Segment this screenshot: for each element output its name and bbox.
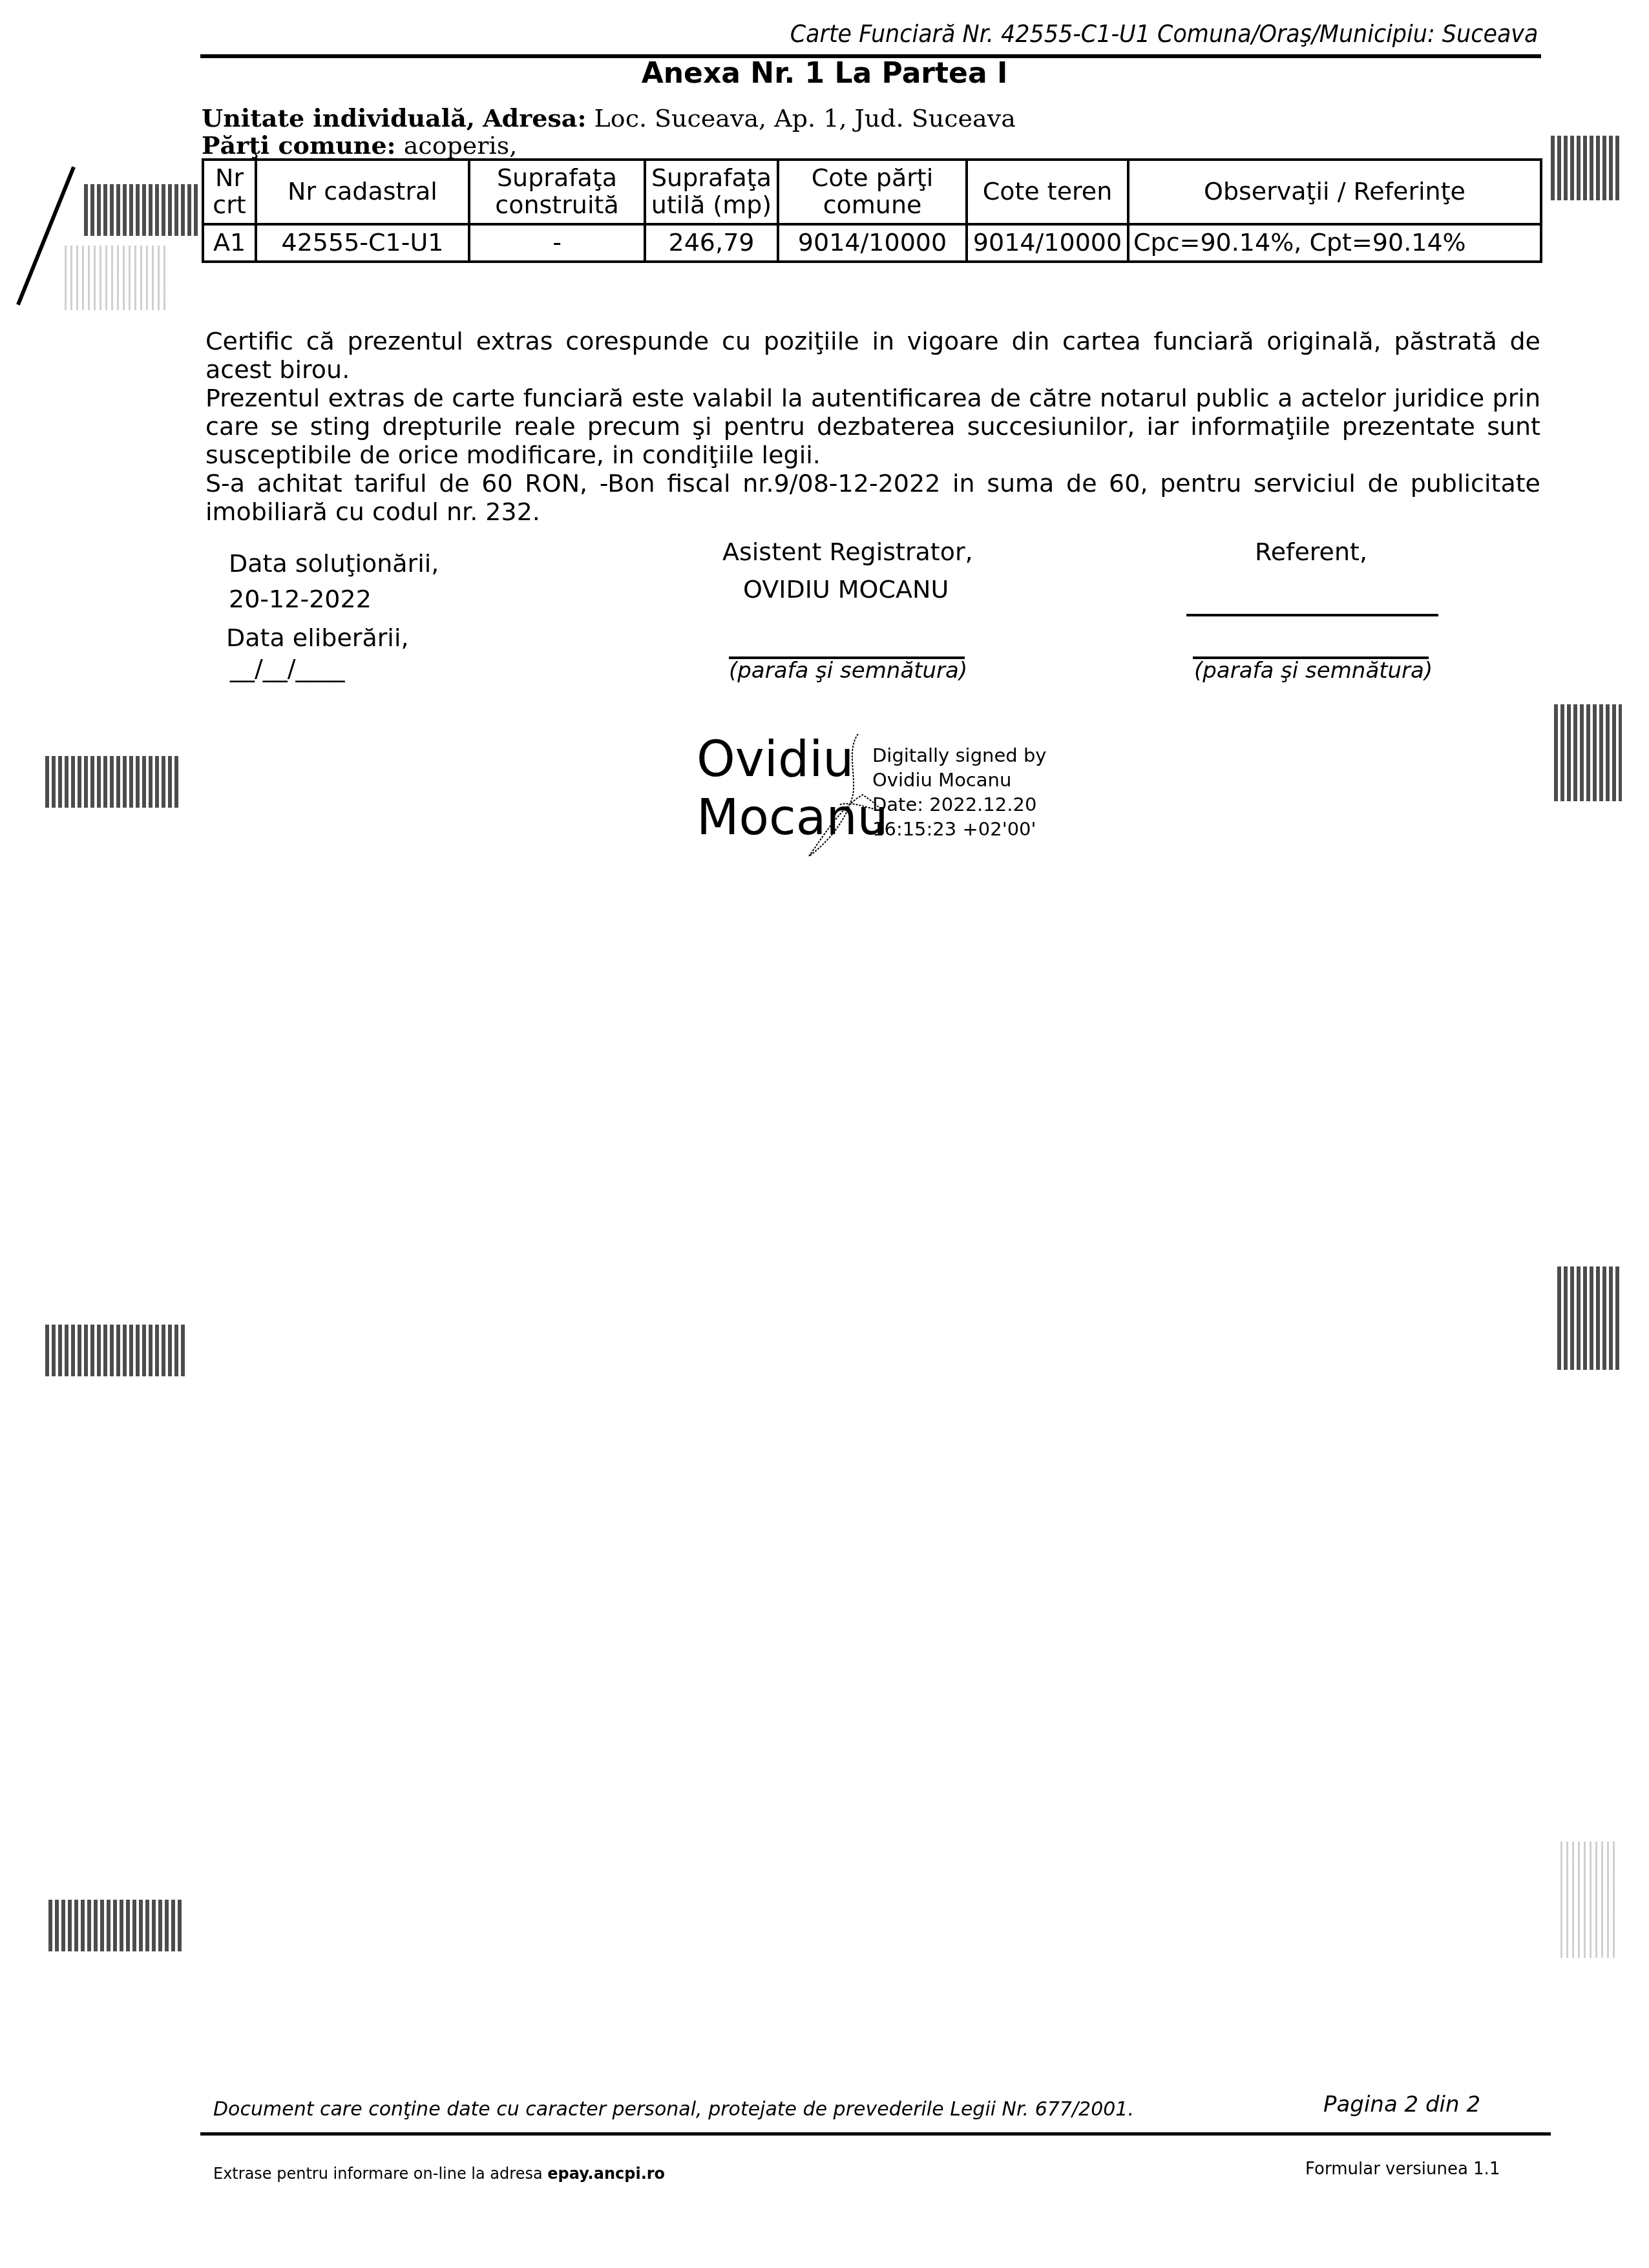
common-parts-label: Părţi comune: xyxy=(202,131,396,160)
table-cell: 42555-C1-U1 xyxy=(256,224,469,262)
registrar-label: Asistent Registrator, xyxy=(722,538,973,566)
common-parts-line: Părţi comune: acoperis, xyxy=(202,131,517,160)
payment-paragraph: S-a achitat tariful de 60 RON, -Bon fisc… xyxy=(205,469,1540,526)
referent-label: Referent, xyxy=(1255,538,1367,566)
address-label: Adresa: xyxy=(483,103,586,132)
extract-note: Extrase pentru informare on-line la adre… xyxy=(213,2165,665,2183)
validity-paragraph: Prezentul extras de carte funciară este … xyxy=(205,384,1540,469)
scan-artifact xyxy=(1557,1266,1622,1370)
digital-signature-info: Digitally signed by Ovidiu Mocanu Date: … xyxy=(872,743,1046,841)
scan-artifact xyxy=(65,246,168,310)
digital-signature-line: 16:15:23 +02'00' xyxy=(872,817,1046,841)
table-cell: - xyxy=(469,224,645,262)
certification-paragraph: Certific că prezentul extras corespunde … xyxy=(205,327,1540,384)
solution-date-label: Data soluţionării, xyxy=(229,549,439,578)
form-version: Formular versiunea 1.1 xyxy=(1305,2159,1500,2179)
scan-artifact xyxy=(48,1900,184,1951)
scan-artifact xyxy=(1560,1842,1619,1958)
unit-table: Nr crt Nr cadastral Suprafaţa construită… xyxy=(202,158,1542,263)
scan-artifact xyxy=(45,756,181,808)
address-value: Loc. Suceava, Ap. 1, Jud. Suceava xyxy=(594,104,1016,132)
referent-line xyxy=(1186,614,1438,616)
column-header: Observaţii / Referinţe xyxy=(1128,160,1541,224)
table-row: A1 42555-C1-U1 - 246,79 9014/10000 9014/… xyxy=(203,224,1541,262)
column-header: Suprafaţa construită xyxy=(469,160,645,224)
column-header: Cote părţi comune xyxy=(778,160,967,224)
common-parts-value: acoperis, xyxy=(404,131,518,160)
footer-rule xyxy=(200,2132,1551,2136)
table-cell: A1 xyxy=(203,224,256,262)
column-header: Nr cadastral xyxy=(256,160,469,224)
registrar-name: OVIDIU MOCANU xyxy=(743,575,949,604)
page-number: Pagina 2 din 2 xyxy=(1323,2092,1480,2117)
carte-funciara-header: Carte Funciară Nr. 42555-C1-U1 Comuna/Or… xyxy=(790,19,1538,48)
column-header: Nr crt xyxy=(203,160,256,224)
table-cell: 246,79 xyxy=(645,224,778,262)
unit-label: Unitate individuală, xyxy=(202,103,475,132)
release-date-label: Data eliberării, xyxy=(226,624,409,652)
scan-artifact xyxy=(45,1325,187,1376)
scan-artifact xyxy=(1551,136,1622,200)
column-header: Suprafaţa utilă (mp) xyxy=(645,160,778,224)
digital-signature-line: Ovidiu Mocanu xyxy=(872,768,1046,792)
annex-title: Anexa Nr. 1 La Partea I xyxy=(0,57,1649,90)
referent-caption: (parafa şi semnătura) xyxy=(1194,658,1433,684)
table-cell: 9014/10000 xyxy=(778,224,967,262)
digital-signature-line: Digitally signed by xyxy=(872,743,1046,768)
scan-artifact xyxy=(84,184,200,236)
table-cell: Cpc=90.14%, Cpt=90.14% xyxy=(1128,224,1541,262)
table-header-row: Nr crt Nr cadastral Suprafaţa construită… xyxy=(203,160,1541,224)
personal-data-note: Document care conţine date cu caracter p… xyxy=(213,2098,1134,2121)
solution-date: 20-12-2022 xyxy=(229,585,372,613)
unit-address-line: Unitate individuală, Adresa: Loc. Suceav… xyxy=(202,103,1016,132)
column-header: Cote teren xyxy=(967,160,1128,224)
scan-artifact xyxy=(1554,704,1622,801)
extract-site-link[interactable]: epay.ancpi.ro xyxy=(547,2165,665,2183)
certification-text: Certific că prezentul extras corespunde … xyxy=(205,327,1540,526)
table-cell: 9014/10000 xyxy=(967,224,1128,262)
registrar-caption: (parafa şi semnătura) xyxy=(729,658,967,684)
extract-note-text: Extrase pentru informare on-line la adre… xyxy=(213,2165,547,2183)
release-date: __/__/____ xyxy=(230,654,345,682)
digital-signature-line: Date: 2022.12.20 xyxy=(872,792,1046,817)
